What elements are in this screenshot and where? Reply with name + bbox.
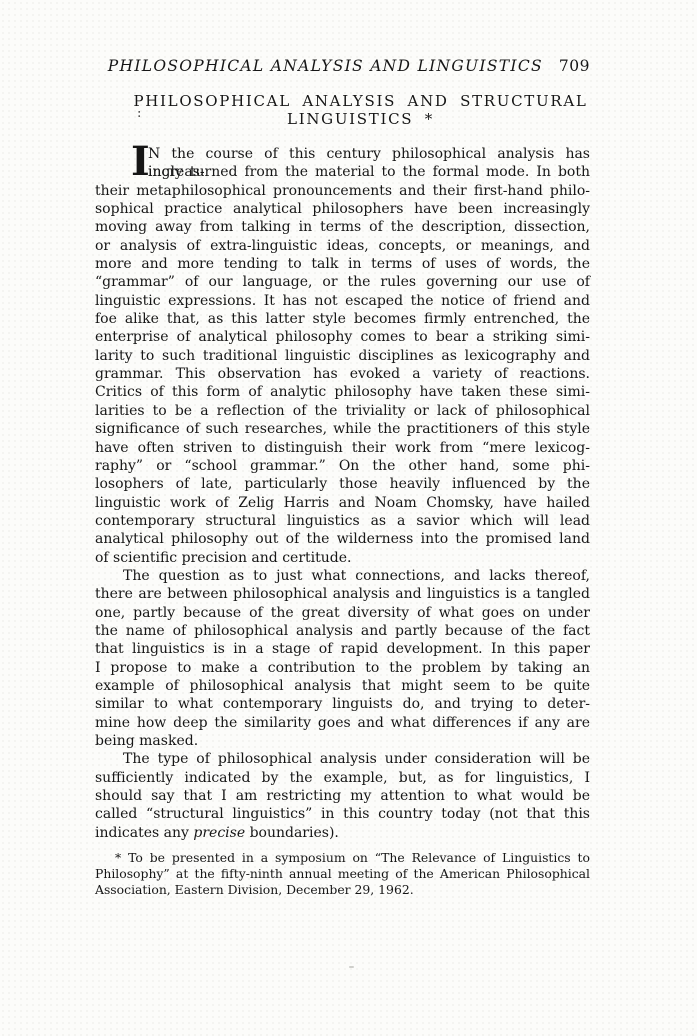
text-line: have often striven to distinguish their … xyxy=(95,439,590,457)
text-line: that linguistics is in a stage of rapid … xyxy=(95,640,590,658)
text-line: PHILOSOPHICAL ANALYSIS AND STRUCTURAL xyxy=(113,92,608,110)
text-line: N the course of this century philosophic… xyxy=(95,145,590,163)
text-line: mine how deep the similarity goes and wh… xyxy=(95,714,590,732)
text-line: The question as to just what connections… xyxy=(95,567,590,585)
running-head: PHILOSOPHICAL ANALYSIS AND LINGUISTICS 7… xyxy=(95,57,590,75)
article-title: PHILOSOPHICAL ANALYSIS AND STRUCTURALLIN… xyxy=(113,92,608,128)
article-body: I N the course of this century philosoph… xyxy=(95,145,590,842)
text-line: The type of philosophical analysis under… xyxy=(95,750,590,768)
text-line: larities to be a reflection of the trivi… xyxy=(95,402,590,420)
text-line: moving away from talking in terms of the… xyxy=(95,218,590,236)
text-line: contemporary structural linguistics as a… xyxy=(95,512,590,530)
text-line: ingly turned from the material to the fo… xyxy=(95,163,590,181)
text-line: linguistic expressions. It has not escap… xyxy=(95,292,590,310)
drop-cap: I xyxy=(131,147,150,177)
text-line: example of philosophical analysis that m… xyxy=(95,677,590,695)
footnote: * To be presented in a symposium on “The… xyxy=(95,850,590,899)
text-line: significance of such researches, while t… xyxy=(95,420,590,438)
text-line: foe alike that, as this latter style bec… xyxy=(95,310,590,328)
text-line: there are between philosophical analysis… xyxy=(95,585,590,603)
text-line: raphy” or “school grammar.” On the other… xyxy=(95,457,590,475)
running-head-title: PHILOSOPHICAL ANALYSIS AND LINGUISTICS xyxy=(108,57,543,75)
text-line: sufficiently indicated by the example, b… xyxy=(95,769,590,787)
text-line: Philosophy” at the fifty-ninth annual me… xyxy=(95,866,590,882)
text-line: “grammar” of our language, or the rules … xyxy=(95,273,590,291)
text-line: * To be presented in a symposium on “The… xyxy=(95,850,590,866)
scan-artifact-speck xyxy=(349,966,354,968)
text-line: Association, Eastern Division, December … xyxy=(95,882,590,898)
page-number: 709 xyxy=(559,57,590,75)
text-line: called “structural linguistics” in this … xyxy=(95,805,590,823)
text-line: being masked. xyxy=(95,732,590,750)
text-line: enterprise of analytical philosophy come… xyxy=(95,328,590,346)
text-line: Critics of this form of analytic philoso… xyxy=(95,383,590,401)
text-line: or analysis of extra-linguistic ideas, c… xyxy=(95,237,590,255)
text-line: sophical practice analytical philosopher… xyxy=(95,200,590,218)
text-line: similar to what contemporary linguists d… xyxy=(95,695,590,713)
text-line: I propose to make a contribution to the … xyxy=(95,659,590,677)
scanned-paper-page: PHILOSOPHICAL ANALYSIS AND LINGUISTICS 7… xyxy=(0,0,697,1036)
text-line: one, partly because of the great diversi… xyxy=(95,604,590,622)
text-line: losophers of late, particularly those he… xyxy=(95,475,590,493)
text-line: LINGUISTICS * xyxy=(113,110,608,128)
text-line: the name of philosophical analysis and p… xyxy=(95,622,590,640)
text-line: grammar. This observation has evoked a v… xyxy=(95,365,590,383)
text-line: analytical philosophy out of the wildern… xyxy=(95,530,590,548)
text-line: should say that I am restricting my atte… xyxy=(95,787,590,805)
text-line: linguistic work of Zelig Harris and Noam… xyxy=(95,494,590,512)
text-line: of scientific precision and certitude. xyxy=(95,549,590,567)
text-line: indicates any precise boundaries). xyxy=(95,824,590,842)
text-line: larity to such traditional linguistic di… xyxy=(95,347,590,365)
text-line: more and more tending to talk in terms o… xyxy=(95,255,590,273)
text-line: their metaphilosophical pronouncements a… xyxy=(95,182,590,200)
